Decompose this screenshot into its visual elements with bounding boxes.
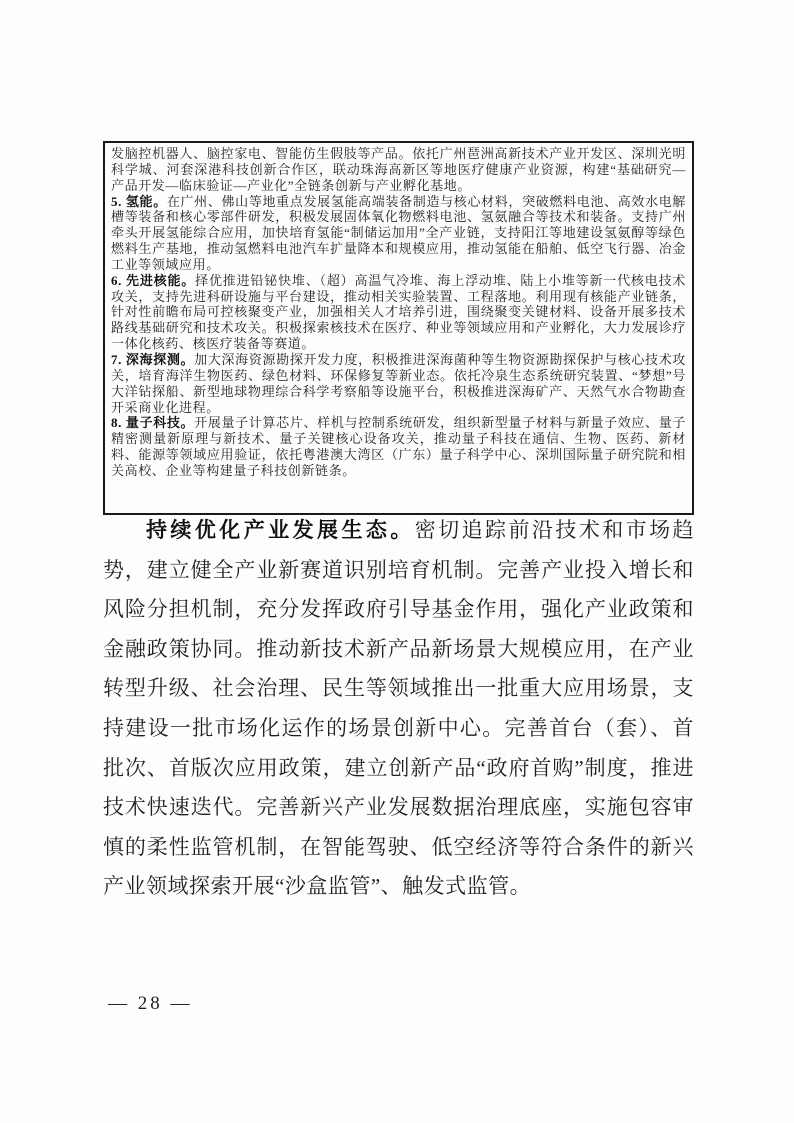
main-paragraph: 持续优化产业发展生态。密切追踪前沿技术和市场趋势，建立健全产业新赛道识别培育机制… — [103, 511, 694, 907]
box-item-hydrogen-text: 在广州、佛山等地重点发展氢能高端装备制造与核心材料，突破燃料电池、高效水电解槽等… — [111, 194, 686, 272]
special-columns-box: 发脑控机器人、脑控家电、智能仿生假肢等产品。依托广州琶洲高新技术产业开发区、深圳… — [103, 141, 694, 515]
box-item-quantum-label: 8. 量子科技。 — [111, 415, 194, 430]
document-page: 发脑控机器人、脑控家电、智能仿生假肢等产品。依托广州琶洲高新技术产业开发区、深圳… — [0, 0, 794, 1123]
box-item-hydrogen: 5. 氢能。在广州、佛山等地重点发展氢能高端装备制造与核心材料，突破燃料电池、高… — [111, 194, 686, 273]
main-paragraph-lead: 持续优化产业发展生态。 — [146, 518, 415, 542]
box-item-nuclear: 6. 先进核能。择优推进铅铋快堆、（超）高温气冷堆、海上浮动堆、陆上小堆等新一代… — [111, 273, 686, 352]
box-item-quantum-text: 开展量子计算芯片、样机与控制系统研发，组织新型量子材料与新量子效应、量子精密测量… — [111, 415, 686, 478]
box-intro-text: 发脑控机器人、脑控家电、智能仿生假肢等产品。依托广州琶洲高新技术产业开发区、深圳… — [111, 146, 686, 193]
box-item-deepsea: 7. 深海探测。加大深海资源勘探开发力度，积极推进深海菌种等生物资源勘探保护与核… — [111, 352, 686, 415]
box-item-deepsea-label: 7. 深海探测。 — [111, 352, 194, 367]
box-item-hydrogen-label: 5. 氢能。 — [111, 194, 167, 209]
main-paragraph-text: 密切追踪前沿技术和市场趋势，建立健全产业新赛道识别培育机制。完善产业投入增长和风… — [103, 518, 694, 898]
box-item-nuclear-label: 6. 先进核能。 — [111, 273, 195, 288]
page-number: — 28 — — [108, 993, 193, 1015]
box-item-nuclear-text: 择优推进铅铋快堆、（超）高温气冷堆、海上浮动堆、陆上小堆等新一代核电技术攻关，支… — [111, 273, 686, 351]
box-intro-paragraph: 发脑控机器人、脑控家电、智能仿生假肢等产品。依托广州琶洲高新技术产业开发区、深圳… — [111, 146, 686, 194]
page-number-text: — 28 — — [108, 993, 193, 1014]
box-item-quantum: 8. 量子科技。开展量子计算芯片、样机与控制系统研发，组织新型量子材料与新量子效… — [111, 415, 686, 478]
box-item-deepsea-text: 加大深海资源勘探开发力度，积极推进深海菌种等生物资源勘探保护与核心技术攻关，培育… — [111, 352, 686, 415]
